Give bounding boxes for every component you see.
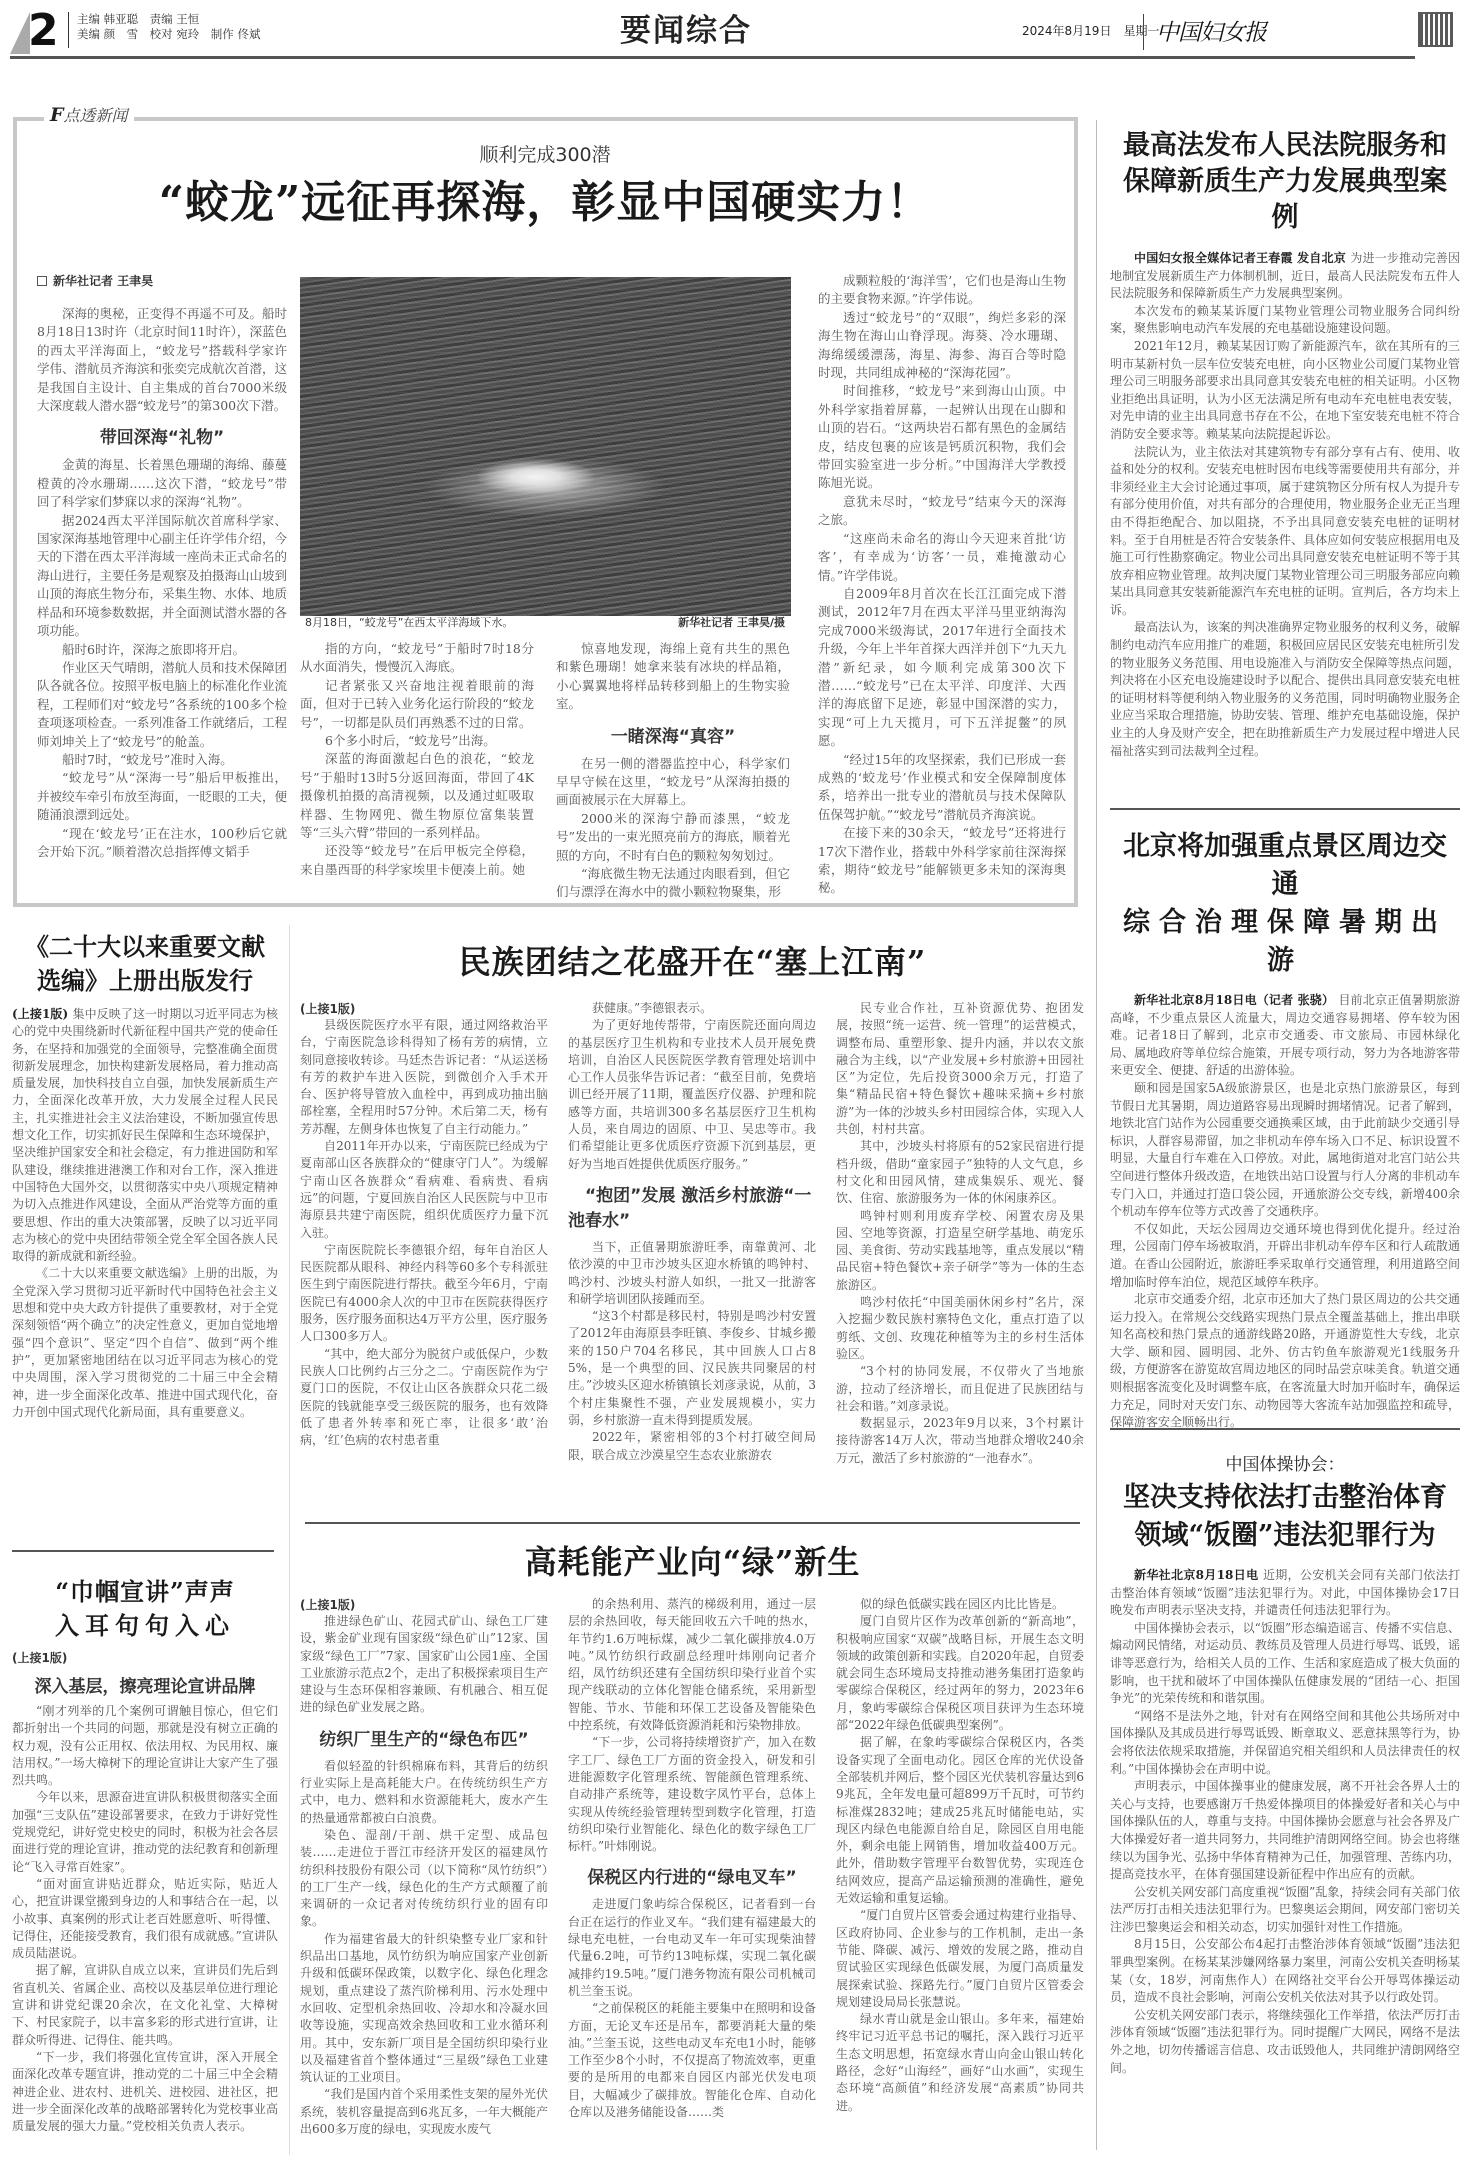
feature-col-2: 指的方向，“蛟龙号”于船时7时18分从水面消失，慢慢沉入海底。记者紧张又兴奋地注… — [300, 640, 534, 879]
paragraph: 6个多小时后，“蛟龙号”出海。 — [300, 732, 534, 750]
subhead-gifts: 带回深海“礼物” — [37, 423, 287, 448]
staff-line-1: 主编 韩亚聪 责编 王恒 — [77, 12, 260, 27]
gymnastics-body: 新华社北京8月18日电 近期，公安机关会同有关部门依法打击整治体育领域“饭圈”违… — [1110, 1567, 1460, 2077]
paragraph: “下一步，我们将强化宣传宣讲，深入开展全面深化改革专题宣讲，推动党的二十届三中全… — [12, 2049, 278, 2135]
paragraph: “刚才列举的几个案例可谓触目惊心，但它们都折射出一个共同的问题，那就是没有树立正… — [12, 1703, 278, 1789]
court-headline-2: 保障新质生产力发展典型案例 — [1110, 164, 1460, 236]
unity-columns: (上接1版) 县级医院医疗水平有限，通过网络救治平台，宁南医院急诊科得知了杨有芳… — [300, 1000, 1085, 1467]
page-number-decoration — [10, 12, 30, 54]
women-body: “刚才列举的几个案例可谓触目惊心，但它们都折射出一个共同的问题，那就是没有树立正… — [12, 1703, 278, 2135]
divider-rule — [1110, 808, 1460, 810]
byline-text: 新华社记者 王聿昊 — [53, 274, 153, 288]
paragraph: “现在‘蛟龙号’正在注水，100秒后它就会开始下沉。”顺着潜次总指挥傅文韬手 — [37, 825, 287, 862]
qr-code-icon[interactable] — [1418, 12, 1453, 47]
paragraph: “蛟龙号”从“深海一号”船后甲板推出，并被绞车牵引布放至海面，一眨眼的工夫，便随… — [37, 769, 287, 824]
paragraph: 深蓝的海面激起白色的浪花，“蛟龙号”于船时13时5分返回海面，带回了4K摄像机拍… — [300, 750, 534, 842]
paragraph: 据2024西太平洋国际航次首席科学家、国家深海基地管理中心副主任许学伟介绍，今天… — [37, 512, 287, 641]
women-headline-1: “巾帼宣讲”声声 — [12, 1575, 278, 1609]
documents-headline-2: 选编》上册出版发行 — [12, 964, 278, 998]
paragraph: 新华社北京8月18日电（记者 张骁） 目前北京正值暑期旅游高峰，不少重点景区人流… — [1110, 992, 1460, 1080]
unity-lead: (上接1版) — [300, 1000, 548, 1017]
feature-tag: F点透新闻 — [44, 103, 134, 126]
paragraph: 看似轻盈的针织棉麻布料，其背后的纺织行业实际上是高耗能大户。在传统纺织生产方式中… — [300, 1758, 548, 1827]
feature-tag-label: 点透新闻 — [64, 106, 128, 125]
square-bullet-icon — [37, 276, 47, 286]
paragraph: “这座尚未命名的海山今天迎来首批‘访客’，有幸成为‘访客’一员，难掩激动心情。”… — [818, 530, 1066, 585]
unity-col-1: (上接1版) 县级医院医疗水平有限，通过网络救治平台，宁南医院急诊科得知了杨有芳… — [300, 1000, 548, 1467]
court-headline-1: 最高法发布人民法院服务和 — [1110, 128, 1460, 164]
dateline: 中国妇女报全媒体记者王春霞 发自北京 — [1134, 251, 1350, 265]
paragraph: 颐和园是国家5A级旅游景区，也是北京热门旅游景区，每到节假日尤其暑期，周边道路容… — [1110, 1080, 1460, 1221]
energy-headline: 高耗能产业向“绿”新生 — [300, 1540, 1085, 1584]
feature-col-1b-text: 金黄的海星、长着黑色珊瑚的海绵、藤蔓橙黄的冷水珊瑚……这次下潜，“蛟龙号”带回了… — [37, 456, 287, 861]
paragraph: 自2011年开办以来，宁南医院已经成为宁夏南部山区各族群众的“健康守门人”。为缓… — [300, 1138, 548, 1242]
paragraph: 数据显示，2023年9月以来，3个村累计接待游客14万人次，带动当地群众增收24… — [836, 1415, 1084, 1467]
women-article: “巾帼宣讲”声声 入耳句句入心 (上接1版) 深入基层，擦亮理论宣讲品牌 “刚才… — [12, 1575, 278, 2135]
energy-lead: (上接1版) — [300, 1596, 548, 1613]
feature-col-1-text: 深海的奥秘，正变得不再遥不可及。船时8月18日13时许（北京时间11时许），深蓝… — [37, 305, 287, 415]
paragraph: 今年以来，思源奋进宣讲队积极贯彻落实全面加强“三支队伍”建设部署要求，在致力于讲… — [12, 1789, 278, 1875]
paragraph: 的余热利用、蒸汽的梯级利用，通过一层层的余热回收，每天能回收五六千吨的热水，年节… — [568, 1596, 816, 1734]
paragraph: 民专业合作社，互补资源优势、抱团发展，按照“统一运营、统一管理”的运营模式，调整… — [836, 1000, 1084, 1138]
dateline: 新华社北京8月18日电 — [1134, 1568, 1263, 1582]
paragraph: 染色、湿剖/干剖、烘干定型、成品包装……走进位于晋江市经济开发区的福建凤竹纺织科… — [300, 1827, 548, 1931]
dateline: (上接1版) — [12, 1007, 72, 1021]
paragraph: 县级医院医疗水平有限，通过网络救治平台，宁南医院急诊科得知了杨有芳的病情，立刻同… — [300, 1017, 548, 1138]
paragraph: 鸣沙村依托“中国美丽休闲乡村”名片，深入挖掘少数民族村寨特色文化，重点打造了以剪… — [836, 1294, 1084, 1363]
energy-col-1b-text: 看似轻盈的针织棉麻布料，其背后的纺织行业实际上是高耗能大户。在传统纺织生产方式中… — [300, 1758, 548, 2139]
unity-col-2: 获健康。”李德银表示。为了更好地传帮带，宁南医院还面向周边的基层医疗卫生机构和专… — [568, 1000, 816, 1467]
gymnastics-headline: 坚决支持依法打击整治体育 领域“饭圈”违法犯罪行为 — [1110, 1479, 1460, 1555]
women-headline: “巾帼宣讲”声声 入耳句句入心 — [12, 1575, 278, 1643]
paragraph: “面对面宣讲贴近群众，贴近实际，贴近人心，把宣讲课堂搬到身边的人和事结合在一起，… — [12, 1876, 278, 1962]
feature-col-4-text: 成颗粒般的‘海洋雪’，它们也是海山生物的主要食物来源。”许学伟说。透过“蛟龙号”… — [818, 272, 1066, 898]
paragraph: “这3个村都是移民村，特别是鸣沙村安置了2012年由海原县李旺镇、李俊乡、甘城乡… — [568, 1308, 816, 1429]
paragraph: 中国体操协会表示，以“饭圈”形态编造谣言、传播不实信息、煽动网民情绪，对运动员、… — [1110, 1620, 1460, 1708]
paragraph: 似的绿色低碳实践在园区内比比皆是。 — [836, 1596, 1084, 1613]
energy-col-1-text: 推进绿色矿山、花园式矿山、绿色工厂建设，紫金矿业现有国家级“绿色矿山”12家、国… — [300, 1613, 548, 1717]
photo-credit: 新华社记者 王聿昊/摄 — [678, 614, 785, 630]
energy-article: 高耗能产业向“绿”新生 (上接1版) 推进绿色矿山、花园式矿山、绿色工厂建设，紫… — [300, 1540, 1085, 2138]
staff-credits: 主编 韩亚聪 责编 王恒 美编 颜 雪 校对 宛玲 制作 佟斌 — [68, 12, 260, 48]
paragraph: 声明表示，中国体操事业的健康发展，离不开社会各界人士的关心与支持，也要感谢万千热… — [1110, 1778, 1460, 1884]
paragraph: “3个村的协同发展，不仅带火了当地旅游，拉动了经济增长，而且促进了民族团结与社会… — [836, 1363, 1084, 1415]
energy-col-1: (上接1版) 推进绿色矿山、花园式矿山、绿色工厂建设，紫金矿业现有国家级“绿色矿… — [300, 1596, 548, 2138]
divider-rule — [1110, 1428, 1460, 1430]
paragraph: 指的方向，“蛟龙号”于船时7时18分从水面消失，慢慢沉入海底。 — [300, 640, 534, 677]
documents-headline-1: 《二十大以来重要文献 — [12, 930, 278, 964]
paragraph: 作业区天气晴朗，潜航人员和技术保障团队各就各位。按照平板电脑上的标准化作业流程，… — [37, 659, 287, 751]
unity-headline: 民族团结之花盛开在“塞上江南” — [300, 940, 1085, 984]
energy-col-3-text: 似的绿色低碳实践在园区内比比皆是。厦门自贸片区作为改革创新的“新高地”，积极响应… — [836, 1596, 1084, 2115]
paragraph: 成颗粒般的‘海洋雪’，它们也是海山生物的主要食物来源。”许学伟说。 — [818, 272, 1066, 309]
column-divider — [1096, 120, 1097, 2150]
gymnastics-kicker: 中国体操协会： — [1110, 1450, 1460, 1475]
beijing-article: 北京将加强重点景区周边交通 综合治理保障暑期出游 新华社北京8月18日电（记者 … — [1110, 828, 1460, 1432]
documents-article: 《二十大以来重要文献 选编》上册出版发行 (上接1版) 集中反映了这一时期以习近… — [12, 930, 278, 1421]
paragraph: 记者紧张又兴奋地注视着眼前的海面，但对于已转入业务化运行阶段的“蛟龙号”，一切都… — [300, 677, 534, 732]
paragraph: 本次发布的赖某某诉厦门某物业管理公司物业服务合同纠纷案，聚焦影响电动汽车发展的充… — [1110, 303, 1460, 338]
paragraph: 意犹未尽时，“蛟龙号”结束今天的深海之旅。 — [818, 493, 1066, 530]
paragraph: 8月15日，公安部公布4起打击整治涉体育领域“饭圈”违法犯罪典型案例。在杨某某涉… — [1110, 1936, 1460, 2006]
feature-headline: “蛟龙”远征再探海，彰显中国硬实力！ — [0, 172, 1090, 234]
paragraph: 金黄的海星、长着黑色珊瑚的海绵、藤蔓橙黄的冷水珊瑚……这次下潜，“蛟龙号”带回了… — [37, 456, 287, 511]
paragraph: 2000米的深海宁静而漆黑，“蛟龙号”发出的一束光照亮前方的海底，顺着光照的方向… — [556, 810, 790, 865]
unity-col-3: 民专业合作社，互补资源优势、抱团发展，按照“统一运营、统一管理”的运营模式，调整… — [836, 1000, 1084, 1467]
divider — [1143, 14, 1144, 50]
unity-col-1-text: 县级医院医疗水平有限，通过网络救治平台，宁南医院急诊科得知了杨有芳的病情，立刻同… — [300, 1017, 548, 1449]
section-title: 要闻综合 — [620, 5, 752, 50]
paragraph: 自2009年8月首次在长江江面完成下潜测试，2012年7月在西太平洋马里亚纳海沟… — [818, 585, 1066, 751]
energy-subhead-2: 保税区内行进的“绿电叉车” — [568, 1863, 816, 1888]
paragraph: 北京市交通委介绍，北京市还加大了热门景区周边的公共交通运力投入。在常规公交线路实… — [1110, 1291, 1460, 1432]
paragraph: 2022年，紧密相邻的3个村打破空间局限，联合成立沙漠星空生态农业旅游农 — [568, 1429, 816, 1464]
paragraph: “之前保税区的耗能主要集中在照明和设备方面，无论叉车还是吊车，都要消耗大量的柴油… — [568, 2000, 816, 2121]
documents-body: (上接1版) 集中反映了这一时期以习近平同志为核心的党中央围绕新时代新征程中国共… — [12, 1006, 278, 1421]
paragraph: 不仅如此，天坛公园周边交通环境也得到优化提升。经过治理，公园南门停车场被取消，开… — [1110, 1221, 1460, 1291]
paragraph: 其中，沙坡头村将原有的52家民宿进行提档升级，借助“童家园子”独特的人文气息，乡… — [836, 1138, 1084, 1207]
paragraph: (上接1版) 集中反映了这一时期以习近平同志为核心的党中央围绕新时代新征程中国共… — [12, 1006, 278, 1265]
paragraph: 宁南医院院长李德银介绍，每年自治区人民医院都从眼科、神经内科等60多个专科派驻医… — [300, 1242, 548, 1346]
feature-col-3b-text: 在另一侧的潜器监控中心，科学家们早早守候在这里，“蛟龙号”从深海拍摄的画面被展示… — [556, 755, 790, 902]
paragraph: 据了解，宣讲队自成立以来，宣讲员们先后到省直机关、省属企业、高校以及基层单位进行… — [12, 1962, 278, 2048]
issue-date: 2024年8月19日 星期一 — [1022, 22, 1159, 39]
court-body: 中国妇女报全媒体记者王春霞 发自北京 为进一步推动完善因地制宜发展新质生产力体制… — [1110, 250, 1460, 760]
paragraph: 2021年12月，赖某某因订购了新能源汽车，欲在其所有的三明市某新村负一层车位安… — [1110, 338, 1460, 444]
unity-article: 民族团结之花盛开在“塞上江南” (上接1版) 县级医院医疗水平有限，通过网络救治… — [300, 940, 1085, 1467]
divider-rule — [305, 1522, 1080, 1524]
paragraph: 公安机关网安部门高度重视“饭圈”乱象，持续会同有关部门依法严厉打击相关违法犯罪行… — [1110, 1884, 1460, 1937]
paragraph: 《二十大以来重要文献选编》上册的出版，为全党深入学习贯彻习近平新时代中国特色社会… — [12, 1265, 278, 1421]
women-lead: (上接1版) — [12, 1649, 278, 1666]
paragraph: 新华社北京8月18日电 近期，公安机关会同有关部门依法打击整治体育领域“饭圈”违… — [1110, 1567, 1460, 1620]
paragraph: 透过“蛟龙号”的“双眼”，绚烂多彩的深海生物在海山山脊浮现。海葵、冷水珊瑚、海绵… — [818, 309, 1066, 383]
paragraph: 船时6时许，深海之旅即将开启。 — [37, 641, 287, 659]
beijing-headline-1: 北京将加强重点景区周边交通 — [1110, 828, 1460, 904]
energy-col-2b-text: 走进厦门象屿综合保税区，记者看到一台台正在运行的作业叉车。“我们建有福建最大的绿… — [568, 1896, 816, 2121]
paragraph: “下一步，公司将持续增资扩产，加入在数字工厂、绿色工厂方面的资金投入，研发和引进… — [568, 1734, 816, 1855]
energy-col-2-text: 的余热利用、蒸汽的梯级利用，通过一层层的余热回收，每天能回收五六千吨的热水，年节… — [568, 1596, 816, 1855]
masthead-rule — [10, 56, 1415, 59]
unity-col-2b-text: 当下，正值暑期旅游旺季，南靠黄河、北依沙漠的中卫市沙坡头区迎水桥镇的鸣钟村、鸣沙… — [568, 1239, 816, 1464]
paragraph: “网络不是法外之地，针对有在网络空间和其他公共场所对中国体操队及其成员进行辱骂诋… — [1110, 1708, 1460, 1778]
feature-kicker: 顺利完成300潜 — [0, 140, 1090, 167]
women-headline-2: 入耳句句入心 — [12, 1609, 278, 1643]
column-divider — [289, 925, 290, 2155]
subhead-deep-sea: 一睹深海“真容” — [556, 722, 790, 747]
unity-subhead: “抱团”发展 激活乡村旅游“一池春水” — [568, 1181, 816, 1231]
paragraph: 还没等“蛟龙号”在后甲板完全停稳，来自墨西哥的科学家埃里卡便凑上前。她 — [300, 842, 534, 879]
feature-col-2-text: 指的方向，“蛟龙号”于船时7时18分从水面消失，慢慢沉入海底。记者紧张又兴奋地注… — [300, 640, 534, 879]
gymnastics-headline-1: 坚决支持依法打击整治体育 — [1110, 1479, 1460, 1517]
photo-caption: 8月18日，“蛟龙号”在西太平洋海域下水。 — [305, 614, 513, 630]
gymnastics-article: 中国体操协会： 坚决支持依法打击整治体育 领域“饭圈”违法犯罪行为 新华社北京8… — [1110, 1450, 1460, 2077]
paragraph: “我们是国内首个采用柔性支架的屋外光伏系统，装机容量提高到6兆瓦多，一年大概能产… — [300, 2086, 548, 2138]
paragraph: 作为福建省最大的针织染整专业厂家和针织品出口基地，凤竹纺织为响应国家产业创新升级… — [300, 1931, 548, 2087]
court-article: 最高法发布人民法院服务和 保障新质生产力发展典型案例 中国妇女报全媒体记者王春霞… — [1110, 128, 1460, 760]
paragraph: 鸣钟村则利用废弃学校、闲置农房及果园、空地等资源，打造星空研学基地、萌宠乐园、美… — [836, 1208, 1084, 1294]
paragraph: 船时7时，“蛟龙号”准时入海。 — [37, 751, 287, 769]
energy-col-2: 的余热利用、蒸汽的梯级利用，通过一层层的余热回收，每天能回收五六千吨的热水，年节… — [568, 1596, 816, 2138]
feature-col-3a-text: 惊喜地发现，海绵上竟有共生的黑色和紫色珊瑚！她拿来装有冰块的样品箱，小心翼翼地将… — [556, 640, 790, 714]
divider-rule — [12, 1550, 274, 1552]
beijing-body: 新华社北京8月18日电（记者 张骁） 目前北京正值暑期旅游高峰，不少重点景区人流… — [1110, 992, 1460, 1432]
feature-tag-prefix: F — [50, 104, 64, 126]
paragraph: 法院认为，业主依法对其建筑物专有部分享有占有、使用、收益和处分的权利。安装充电桩… — [1110, 444, 1460, 620]
paragraph: 获健康。”李德银表示。 — [568, 1000, 816, 1017]
paragraph: 为了更好地传帮带，宁南医院还面向周边的基层医疗卫生机构和专业技术人员开展免费培训… — [568, 1017, 816, 1173]
paragraph: “其中，绝大部分为脱贫户或低保户，少数民族人口比例约占三分之二。宁南医院作为宁夏… — [300, 1346, 548, 1450]
paper-logo: 中国妇女报 — [1156, 14, 1266, 47]
gymnastics-headline-2: 领域“饭圈”违法犯罪行为 — [1110, 1517, 1460, 1555]
dateline: 新华社北京8月18日电（记者 张骁） — [1134, 993, 1338, 1007]
women-subhead: 深入基层，擦亮理论宣讲品牌 — [12, 1672, 278, 1697]
beijing-headline: 北京将加强重点景区周边交通 综合治理保障暑期出游 — [1110, 828, 1460, 980]
beijing-headline-2: 综合治理保障暑期出游 — [1110, 904, 1460, 980]
court-headline: 最高法发布人民法院服务和 保障新质生产力发展典型案例 — [1110, 128, 1460, 236]
paragraph: “经过15年的攻坚探索，我们已形成一套成熟的‘蛟龙号’作业模式和安全保障制度体系… — [818, 751, 1066, 825]
paragraph: 惊喜地发现，海绵上竟有共生的黑色和紫色珊瑚！她拿来装有冰块的样品箱，小心翼翼地将… — [556, 640, 790, 714]
documents-headline: 《二十大以来重要文献 选编》上册出版发行 — [12, 930, 278, 998]
paragraph: 在另一侧的潜器监控中心，科学家们早早守候在这里，“蛟龙号”从深海拍摄的画面被展示… — [556, 755, 790, 810]
page-number: 2 — [28, 6, 59, 56]
energy-columns: (上接1版) 推进绿色矿山、花园式矿山、绿色工厂建设，紫金矿业现有国家级“绿色矿… — [300, 1596, 1085, 2138]
paragraph: 在接下来的30余天，“蛟龙号”还将进行17次下潜作业，搭载中外科学家前往深海探索… — [818, 824, 1066, 898]
feature-col-1: 新华社记者 王聿昊 深海的奥秘，正变得不再遥不可及。船时8月18日13时许（北京… — [37, 272, 287, 861]
paragraph: 时间推移，“蛟龙号”来到海山山顶。中外科学家指着屏幕，一起辨认出现在山脚和山顶的… — [818, 382, 1066, 492]
paragraph: 最高法认为，该案的判决准确界定物业服务的权利义务，破解制约电动汽车应用推广的难题… — [1110, 619, 1460, 760]
feature-byline: 新华社记者 王聿昊 — [37, 272, 287, 289]
paragraph: 深海的奥秘，正变得不再遥不可及。船时8月18日13时许（北京时间11时许），深蓝… — [37, 305, 287, 415]
unity-col-3-text: 民专业合作社，互补资源优势、抱团发展，按照“统一运营、统一管理”的运营模式，调整… — [836, 1000, 1084, 1467]
paragraph: 走进厦门象屿综合保税区，记者看到一台台正在运行的作业叉车。“我们建有福建最大的绿… — [568, 1896, 816, 2000]
photo-caption-row: 8月18日，“蛟龙号”在西太平洋海域下水。 新华社记者 王聿昊/摄 — [305, 614, 785, 630]
paragraph: 绿水青山就是金山银山。多年来，福建始终牢记习近平总书记的嘱托，深入践行习近平生态… — [836, 2011, 1084, 2115]
paragraph: 公安机关网安部门表示，将继续强化工作举措，依法严厉打击涉体育领域“饭圈”违法犯罪… — [1110, 2007, 1460, 2077]
energy-subhead-1: 纺织厂里生产的“绿色布匹” — [300, 1725, 548, 1750]
paragraph: 厦门自贸片区作为改革创新的“新高地”，积极响应国家“双碳”战略目标，开展生态文明… — [836, 1613, 1084, 1734]
staff-line-2: 美编 颜 雪 校对 宛玲 制作 佟斌 — [77, 27, 260, 42]
energy-col-3: 似的绿色低碳实践在园区内比比皆是。厦门自贸片区作为改革创新的“新高地”，积极响应… — [836, 1596, 1084, 2138]
paragraph: 推进绿色矿山、花园式矿山、绿色工厂建设，紫金矿业现有国家级“绿色矿山”12家、国… — [300, 1613, 548, 1717]
unity-col-2-text: 获健康。”李德银表示。为了更好地传帮带，宁南医院还面向周边的基层医疗卫生机构和专… — [568, 1000, 816, 1173]
feature-col-3: 惊喜地发现，海绵上竟有共生的黑色和紫色珊瑚！她拿来装有冰块的样品箱，小心翼翼地将… — [556, 640, 790, 902]
paragraph: 据了解，在象屿零碳综合保税区内，各类设备实现了全面电动化。园区仓库的光伏设备全部… — [836, 1734, 1084, 1907]
jiaolong-photo — [300, 277, 791, 616]
paragraph: “海底微生物无法通过肉眼看到，但它们与漂浮在海水中的微小颗粒物聚集，形 — [556, 865, 790, 902]
paragraph: “厦门自贸片区管委会通过构建行业指导、区政府协同、企业参与的工作机制，走出一条节… — [836, 1907, 1084, 2011]
paragraph: 当下，正值暑期旅游旺季，南靠黄河、北依沙漠的中卫市沙坡头区迎水桥镇的鸣钟村、鸣沙… — [568, 1239, 816, 1308]
feature-col-4: 成颗粒般的‘海洋雪’，它们也是海山生物的主要食物来源。”许学伟说。透过“蛟龙号”… — [818, 272, 1066, 898]
paragraph: 中国妇女报全媒体记者王春霞 发自北京 为进一步推动完善因地制宜发展新质生产力体制… — [1110, 250, 1460, 303]
